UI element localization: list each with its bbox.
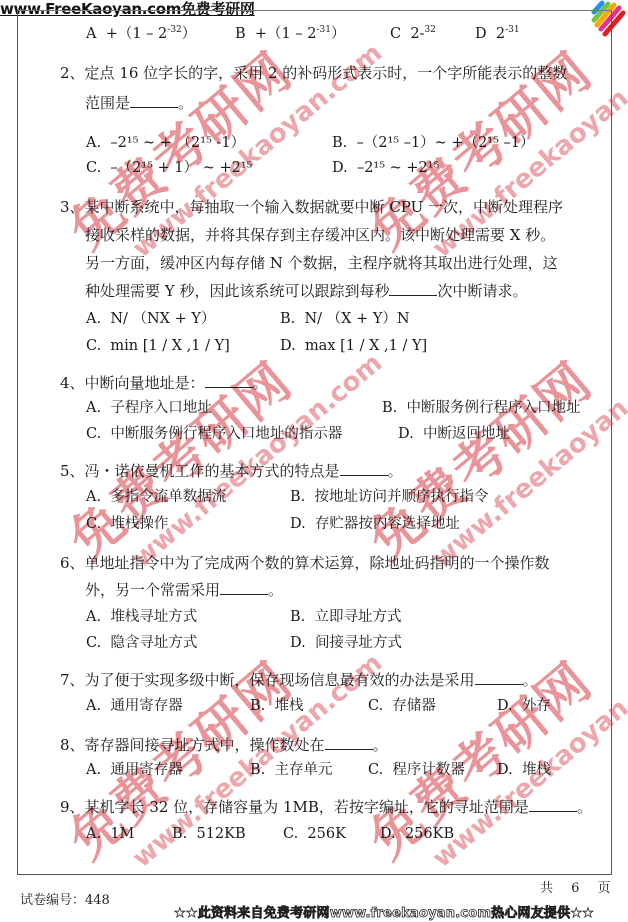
- question-2-option-a: A. –2¹⁵ ~ + （2¹⁵ -1）: [86, 133, 245, 153]
- question-3-option-c: C. min [1 / X ,1 / Y]: [86, 336, 230, 356]
- answer-blank: [205, 373, 253, 388]
- question-3-stem: 3、某中断系统中，每抽取一个输入数据就要中断 CPU 一次，中断处理程序: [60, 197, 563, 217]
- question-1-option-c: C 2-32: [390, 24, 436, 44]
- question-8-stem: 8、寄存器间接寻址方式中，操作数处在。: [60, 735, 388, 755]
- question-5-option-a: A. 多指令流单数据流: [86, 487, 226, 507]
- source-banner: ★★此资料来自免费考研网www.freekaoyan.com热心网友提供★★: [174, 902, 594, 921]
- question-8-option-c: C. 程序计数器: [368, 760, 465, 780]
- question-4-option-a: A. 子程序入口地址: [86, 398, 212, 418]
- question-6-option-d: D. 间接寻址方式: [290, 633, 402, 653]
- question-3-option-d: D. max [1 / X ,1 / Y]: [280, 336, 427, 356]
- question-9-option-c: C. 256K: [283, 824, 346, 844]
- question-9-option-d: D. 256KB: [380, 824, 454, 844]
- question-3-stem-cont: 种处理需要 Y 秒，因此该系统可以跟踪到每秒次中断请求。: [85, 281, 527, 301]
- question-6-stem-cont: 外，另一个常需采用。: [85, 580, 283, 600]
- answer-blank: [389, 281, 437, 296]
- question-6-option-b: B. 立即寻址方式: [290, 607, 401, 627]
- answer-blank: [340, 461, 388, 476]
- answer-blank: [130, 93, 178, 108]
- question-3-stem-cont: 接收采样的数据，并将其保存到主存缓冲区内。该中断处理需要 X 秒。: [85, 225, 555, 245]
- question-5-option-c: C. 堆栈操作: [86, 514, 168, 534]
- question-1-option-a: A +（1 – 2-32）: [86, 24, 196, 44]
- question-6-option-c: C. 隐含寻址方式: [86, 633, 197, 653]
- question-5-option-d: D. 存贮器按内容选择地址: [290, 514, 460, 534]
- question-4-option-c: C. 中断服务例行程序入口地址的指示器: [86, 424, 342, 444]
- question-2-stem: 2、定点 16 位字长的字，采用 2 的补码形式表示时，一个字所能表示的整数: [60, 63, 567, 83]
- question-2-option-b: B. –（2¹⁵ –1）~ +（2¹⁵ –1）: [332, 133, 535, 153]
- answer-blank: [325, 735, 373, 750]
- page-count: 共 6 页: [540, 877, 611, 896]
- answer-blank: [220, 580, 268, 595]
- answer-blank: [475, 670, 523, 685]
- question-7-option-d: D. 外存: [497, 696, 551, 716]
- exam-content: A +（1 – 2-32） B +（1 – 2-31） C 2-32 D 2-3…: [0, 0, 628, 922]
- question-5-stem: 5、冯・诺依曼机工作的基本方式的特点是。: [60, 461, 403, 481]
- question-1-option-b: B +（1 – 2-31）: [235, 24, 345, 44]
- question-8-option-a: A. 通用寄存器: [86, 760, 183, 780]
- question-7-stem: 7、为了便于实现多级中断，保存现场信息最有效的办法是采用。: [60, 670, 538, 690]
- question-6-stem: 6、单地址指令中为了完成两个数的算术运算，除地址码指明的一个操作数: [60, 553, 550, 573]
- question-3-option-b: B. N/ （X + Y）N: [280, 309, 410, 329]
- question-4-option-b: B. 中断服务例行程序入口地址: [382, 398, 580, 418]
- question-9-stem: 9、某机字长 32 位，存储容量为 1MB，若按字编址，它的寻址范围是。: [60, 797, 592, 817]
- question-2-stem-cont: 范围是。: [85, 93, 193, 113]
- question-3-option-a: A. N/ （NX + Y）: [86, 309, 215, 329]
- question-6-option-a: A. 堆栈寻址方式: [86, 607, 197, 627]
- question-8-option-d: D. 堆栈: [497, 760, 551, 780]
- question-4-stem: 4、中断向量地址是：。: [60, 373, 268, 393]
- question-7-option-c: C. 存储器: [368, 696, 436, 716]
- question-9-option-b: B. 512KB: [172, 824, 246, 844]
- question-1-option-d: D 2-31: [475, 24, 520, 44]
- question-2-option-d: D. –2¹⁵ ~ +2¹⁵: [332, 158, 439, 178]
- paper-id: 试卷编号：448: [20, 889, 110, 908]
- question-3-stem-cont: 另一方面，缓冲区内每存储 N 个数据，主程序就将其取出进行处理，这: [85, 253, 558, 273]
- question-5-option-b: B. 按地址访问并顺序执行指令: [290, 487, 488, 507]
- answer-blank: [529, 797, 577, 812]
- question-9-option-a: A. 1M: [86, 824, 134, 844]
- question-7-option-b: B. 堆栈: [250, 696, 303, 716]
- question-4-option-d: D. 中断返回地址: [398, 424, 510, 444]
- question-8-option-b: B. 主存单元: [250, 760, 332, 780]
- question-7-option-a: A. 通用寄存器: [86, 696, 183, 716]
- question-2-option-c: C. –（2¹⁵ + 1） ~ +2¹⁵: [86, 158, 252, 178]
